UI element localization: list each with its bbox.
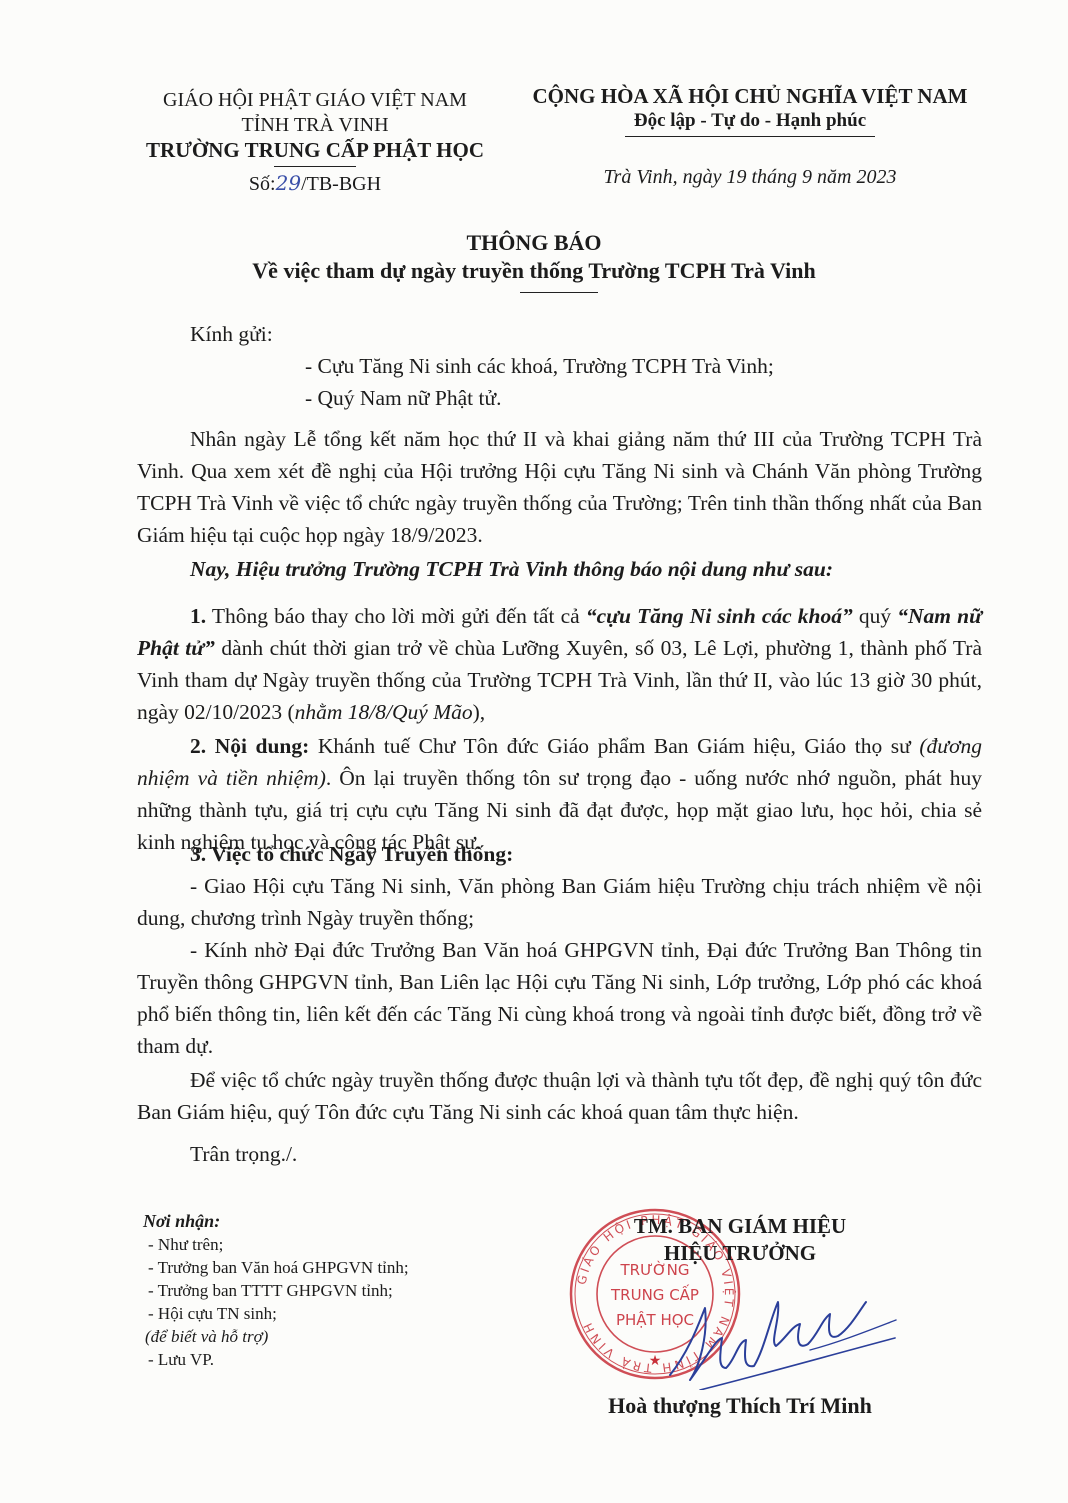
document-date: Trà Vinh, ngày 19 tháng 9 năm 2023 (505, 166, 995, 189)
intro-paragraph: Nhân ngày Lễ tổng kết năm học thứ II và … (137, 423, 982, 551)
document-subject: Về việc tham dự ngày truyền thống Trường… (0, 258, 1068, 284)
title-divider (520, 292, 598, 293)
issuer-org: GIÁO HỘI PHẬT GIÁO VIỆT NAM (120, 88, 510, 113)
signer-name: Hoà thượng Thích Trí Minh (580, 1393, 900, 1419)
salutation-recipient: - Cựu Tăng Ni sinh các khoá, Trường TCPH… (137, 350, 982, 382)
salutation: Kính gửi: - Cựu Tăng Ni sinh các khoá, T… (137, 318, 982, 414)
salutation-recipient: - Quý Nam nữ Phật tử. (137, 382, 982, 414)
signature-title: TM. BAN GIÁM HIỆU (580, 1214, 900, 1239)
document-title: THÔNG BÁO (0, 230, 1068, 256)
recipient-item: - Trưởng ban Văn hoá GHPGVN tỉnh; (145, 1256, 409, 1279)
section-3-heading: 3. Việc tổ chức Ngày Truyền thống: (137, 838, 982, 870)
recipient-item: - Lưu VP. (145, 1348, 409, 1371)
regards: Trân trọng./. (137, 1138, 982, 1170)
national-motto: Độc lập - Tự do - Hạnh phúc (505, 109, 995, 133)
national-title: CỘNG HÒA XÃ HỘI CHỦ NGHĨA VIỆT NAM (505, 84, 995, 109)
recipients-heading: Nơi nhận: (143, 1210, 409, 1233)
recipient-item: - Như trên; (145, 1233, 409, 1256)
section-3-item: - Giao Hội cựu Tăng Ni sinh, Văn phòng B… (137, 870, 982, 934)
issuer-school: TRƯỜNG TRUNG CẤP PHẬT HỌC (120, 138, 510, 163)
national-header: CỘNG HÒA XÃ HỘI CHỦ NGHĨA VIỆT NAM Độc l… (505, 84, 995, 141)
issuer-header: GIÁO HỘI PHẬT GIÁO VIỆT NAM TỈNH TRÀ VIN… (120, 88, 510, 197)
signature-role: HIỆU TRƯỞNG (580, 1241, 900, 1266)
announcement-lead: Nay, Hiệu trưởng Trường TCPH Trà Vinh th… (137, 553, 982, 585)
handwritten-number: 29 (276, 171, 301, 195)
handwritten-signature-icon (660, 1280, 900, 1390)
recipient-item: - Trưởng ban TTTT GHPGVN tỉnh; (145, 1279, 409, 1302)
issuer-divider (274, 166, 356, 167)
section-1: 1. Thông báo thay cho lời mời gửi đến tấ… (137, 600, 982, 728)
closing-paragraph: Để việc tổ chức ngày truyền thống được t… (137, 1064, 982, 1128)
issuer-province: TỈNH TRÀ VINH (120, 113, 510, 138)
document-number: Số:29/TB-BGH (120, 171, 510, 197)
motto-divider (625, 136, 875, 137)
recipient-item: - Hội cựu TN sinh; (145, 1302, 409, 1325)
recipients-block: Nơi nhận: - Như trên; - Trưởng ban Văn h… (145, 1210, 409, 1371)
section-3-item: - Kính nhờ Đại đức Trưởng Ban Văn hoá GH… (137, 934, 982, 1062)
recipient-note: (để biết và hỗ trợ) (145, 1325, 409, 1348)
salutation-label: Kính gửi: (137, 318, 982, 350)
